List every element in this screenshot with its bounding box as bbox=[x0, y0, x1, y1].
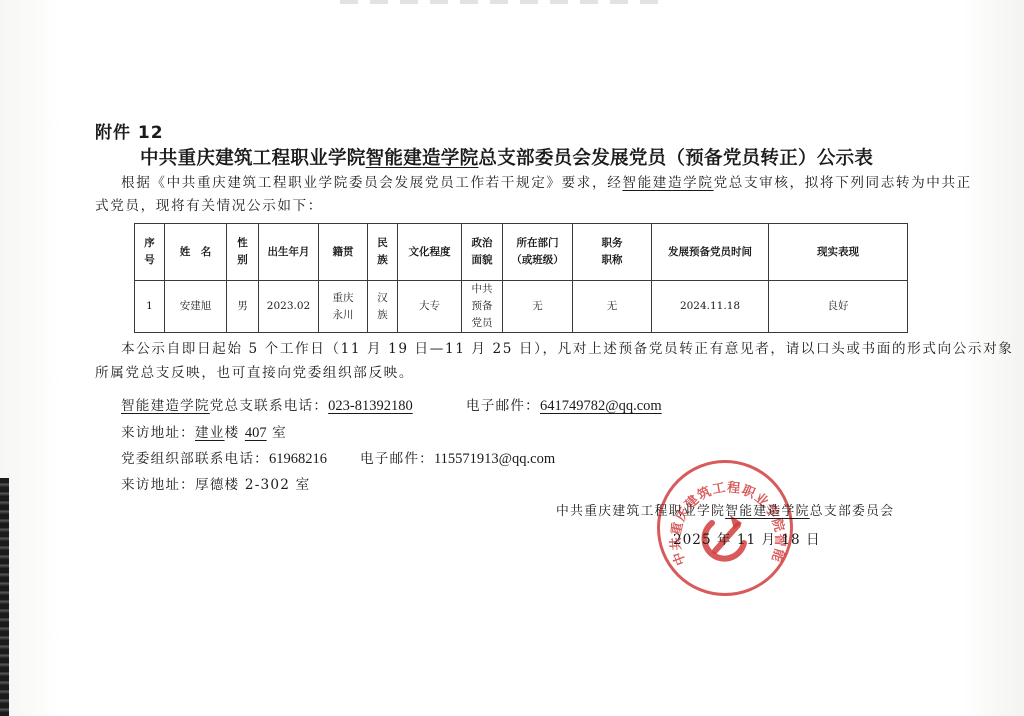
org-email-line: 电子邮件：115571913@qq.com bbox=[360, 447, 555, 468]
branch-address-room: 407 bbox=[245, 425, 267, 441]
branch-address-building: 建业 bbox=[195, 425, 225, 441]
table-row: 1 安建旭 男 2023.02 重庆永川 汉族 大专 中共预备党员 无 无 20… bbox=[135, 281, 908, 333]
org-contact-line: 党委组织部联系电话：61968216 bbox=[121, 447, 327, 468]
header-political: 政治面貌 bbox=[462, 224, 503, 281]
header-education: 文化程度 bbox=[398, 224, 462, 281]
org-phone-label: 党委组织部联系电话： bbox=[121, 451, 269, 467]
branch-email-line: 电子邮件：641749782@qq.com bbox=[466, 394, 662, 415]
intro-college: 智能建造学院 bbox=[622, 175, 713, 191]
document-page: 附件 12 中共重庆建筑工程职业学院智能建造学院总支部委员会发展党员（预备党员转… bbox=[0, 0, 1024, 716]
org-address-line: 来访地址：厚德楼 2-302 室 bbox=[121, 473, 310, 493]
header-performance: 现实表现 bbox=[769, 224, 908, 281]
intro-text: 根据《中共重庆建筑工程职业学院委员会发展党员工作若干规定》要求，经 bbox=[121, 175, 622, 191]
header-department: 所在部门（或班级） bbox=[503, 224, 573, 281]
title-college: 智能建造学院 bbox=[366, 148, 479, 169]
intro-line-1: 根据《中共重庆建筑工程职业学院委员会发展党员工作若干规定》要求，经智能建造学院党… bbox=[121, 172, 972, 194]
attachment-label: 附件 12 bbox=[95, 118, 164, 143]
org-email-link[interactable]: 115571913@qq.com bbox=[434, 451, 555, 467]
cell-political: 中共预备党员 bbox=[462, 281, 503, 333]
cell-performance: 良好 bbox=[769, 281, 908, 333]
publicity-table: 序号 姓 名 性别 出生年月 籍贯 民族 文化程度 政治面貌 所在部门（或班级）… bbox=[134, 223, 908, 333]
cell-probation-date: 2024.11.18 bbox=[652, 281, 769, 333]
page-title: 中共重庆建筑工程职业学院智能建造学院总支部委员会发展党员（预备党员转正）公示表 bbox=[140, 144, 920, 170]
org-phone[interactable]: 61968216 bbox=[269, 451, 327, 467]
header-index: 序号 bbox=[135, 224, 165, 281]
title-suffix: 总支部委员会发展党员（预备党员转正）公示表 bbox=[478, 148, 873, 169]
header-native-place: 籍贯 bbox=[319, 224, 368, 281]
branch-phone-label: 党总支联系电话： bbox=[210, 398, 328, 414]
header-position: 职务职称 bbox=[573, 224, 652, 281]
org-address-label: 来访地址： bbox=[121, 477, 195, 493]
org-address: 厚德楼 2-302 室 bbox=[195, 477, 310, 493]
branch-email-link[interactable]: 641749782@qq.com bbox=[540, 398, 662, 414]
notice-line-2: 所属党总支反映，也可直接向党委组织部反映。 bbox=[95, 362, 414, 384]
cell-name: 安建旭 bbox=[165, 281, 227, 333]
header-name: 姓 名 bbox=[165, 224, 227, 281]
header-gender: 性别 bbox=[227, 224, 259, 281]
signature-prefix: 中共重庆建筑工程职业学院 bbox=[556, 504, 725, 519]
branch-address-line: 来访地址：建业楼 407 室 bbox=[121, 421, 287, 442]
branch-email-label: 电子邮件： bbox=[466, 398, 540, 414]
table-header-row: 序号 姓 名 性别 出生年月 籍贯 民族 文化程度 政治面貌 所在部门（或班级）… bbox=[135, 224, 908, 281]
header-probation-date: 发展预备党员时间 bbox=[652, 224, 769, 281]
org-email-label: 电子邮件： bbox=[360, 451, 434, 467]
branch-phone[interactable]: 023-81392180 bbox=[328, 398, 413, 414]
signature-org: 中共重庆建筑工程职业学院智能建造学院总支部委员会 bbox=[556, 500, 894, 519]
title-prefix: 中共重庆建筑工程职业学院 bbox=[140, 148, 366, 169]
branch-address-label: 来访地址： bbox=[121, 425, 195, 441]
signature-date: 2025 年 11 月 18 日 bbox=[673, 528, 821, 548]
branch-contact-line: 智能建造学院党总支联系电话：023-81392180 bbox=[121, 394, 413, 415]
cell-index: 1 bbox=[135, 281, 165, 333]
intro-text-suffix: 党总支审核，拟将下列同志转为中共正 bbox=[714, 175, 972, 191]
header-birth: 出生年月 bbox=[259, 224, 319, 281]
cell-native-place: 重庆永川 bbox=[319, 281, 368, 333]
notice-line-1: 本公示自即日起始 5 个工作日（11 月 19 日—11 月 25 日），凡对上… bbox=[121, 338, 1014, 360]
branch-name: 智能建造学院 bbox=[121, 398, 210, 414]
signature-college: 智能建造学院 bbox=[725, 504, 810, 519]
cell-department: 无 bbox=[503, 281, 573, 333]
cell-position: 无 bbox=[573, 281, 652, 333]
scan-edge bbox=[0, 478, 9, 716]
cell-ethnicity: 汉族 bbox=[368, 281, 398, 333]
cell-gender: 男 bbox=[227, 281, 259, 333]
signature-suffix: 总支部委员会 bbox=[810, 504, 895, 519]
branch-address-mid: 楼 bbox=[225, 425, 245, 441]
scan-bleed-through bbox=[340, 0, 660, 4]
cell-birth: 2023.02 bbox=[259, 281, 319, 333]
header-ethnicity: 民族 bbox=[368, 224, 398, 281]
intro-line-2: 式党员，现将有关情况公示如下： bbox=[95, 195, 323, 217]
branch-address-suffix: 室 bbox=[267, 425, 287, 441]
cell-education: 大专 bbox=[398, 281, 462, 333]
